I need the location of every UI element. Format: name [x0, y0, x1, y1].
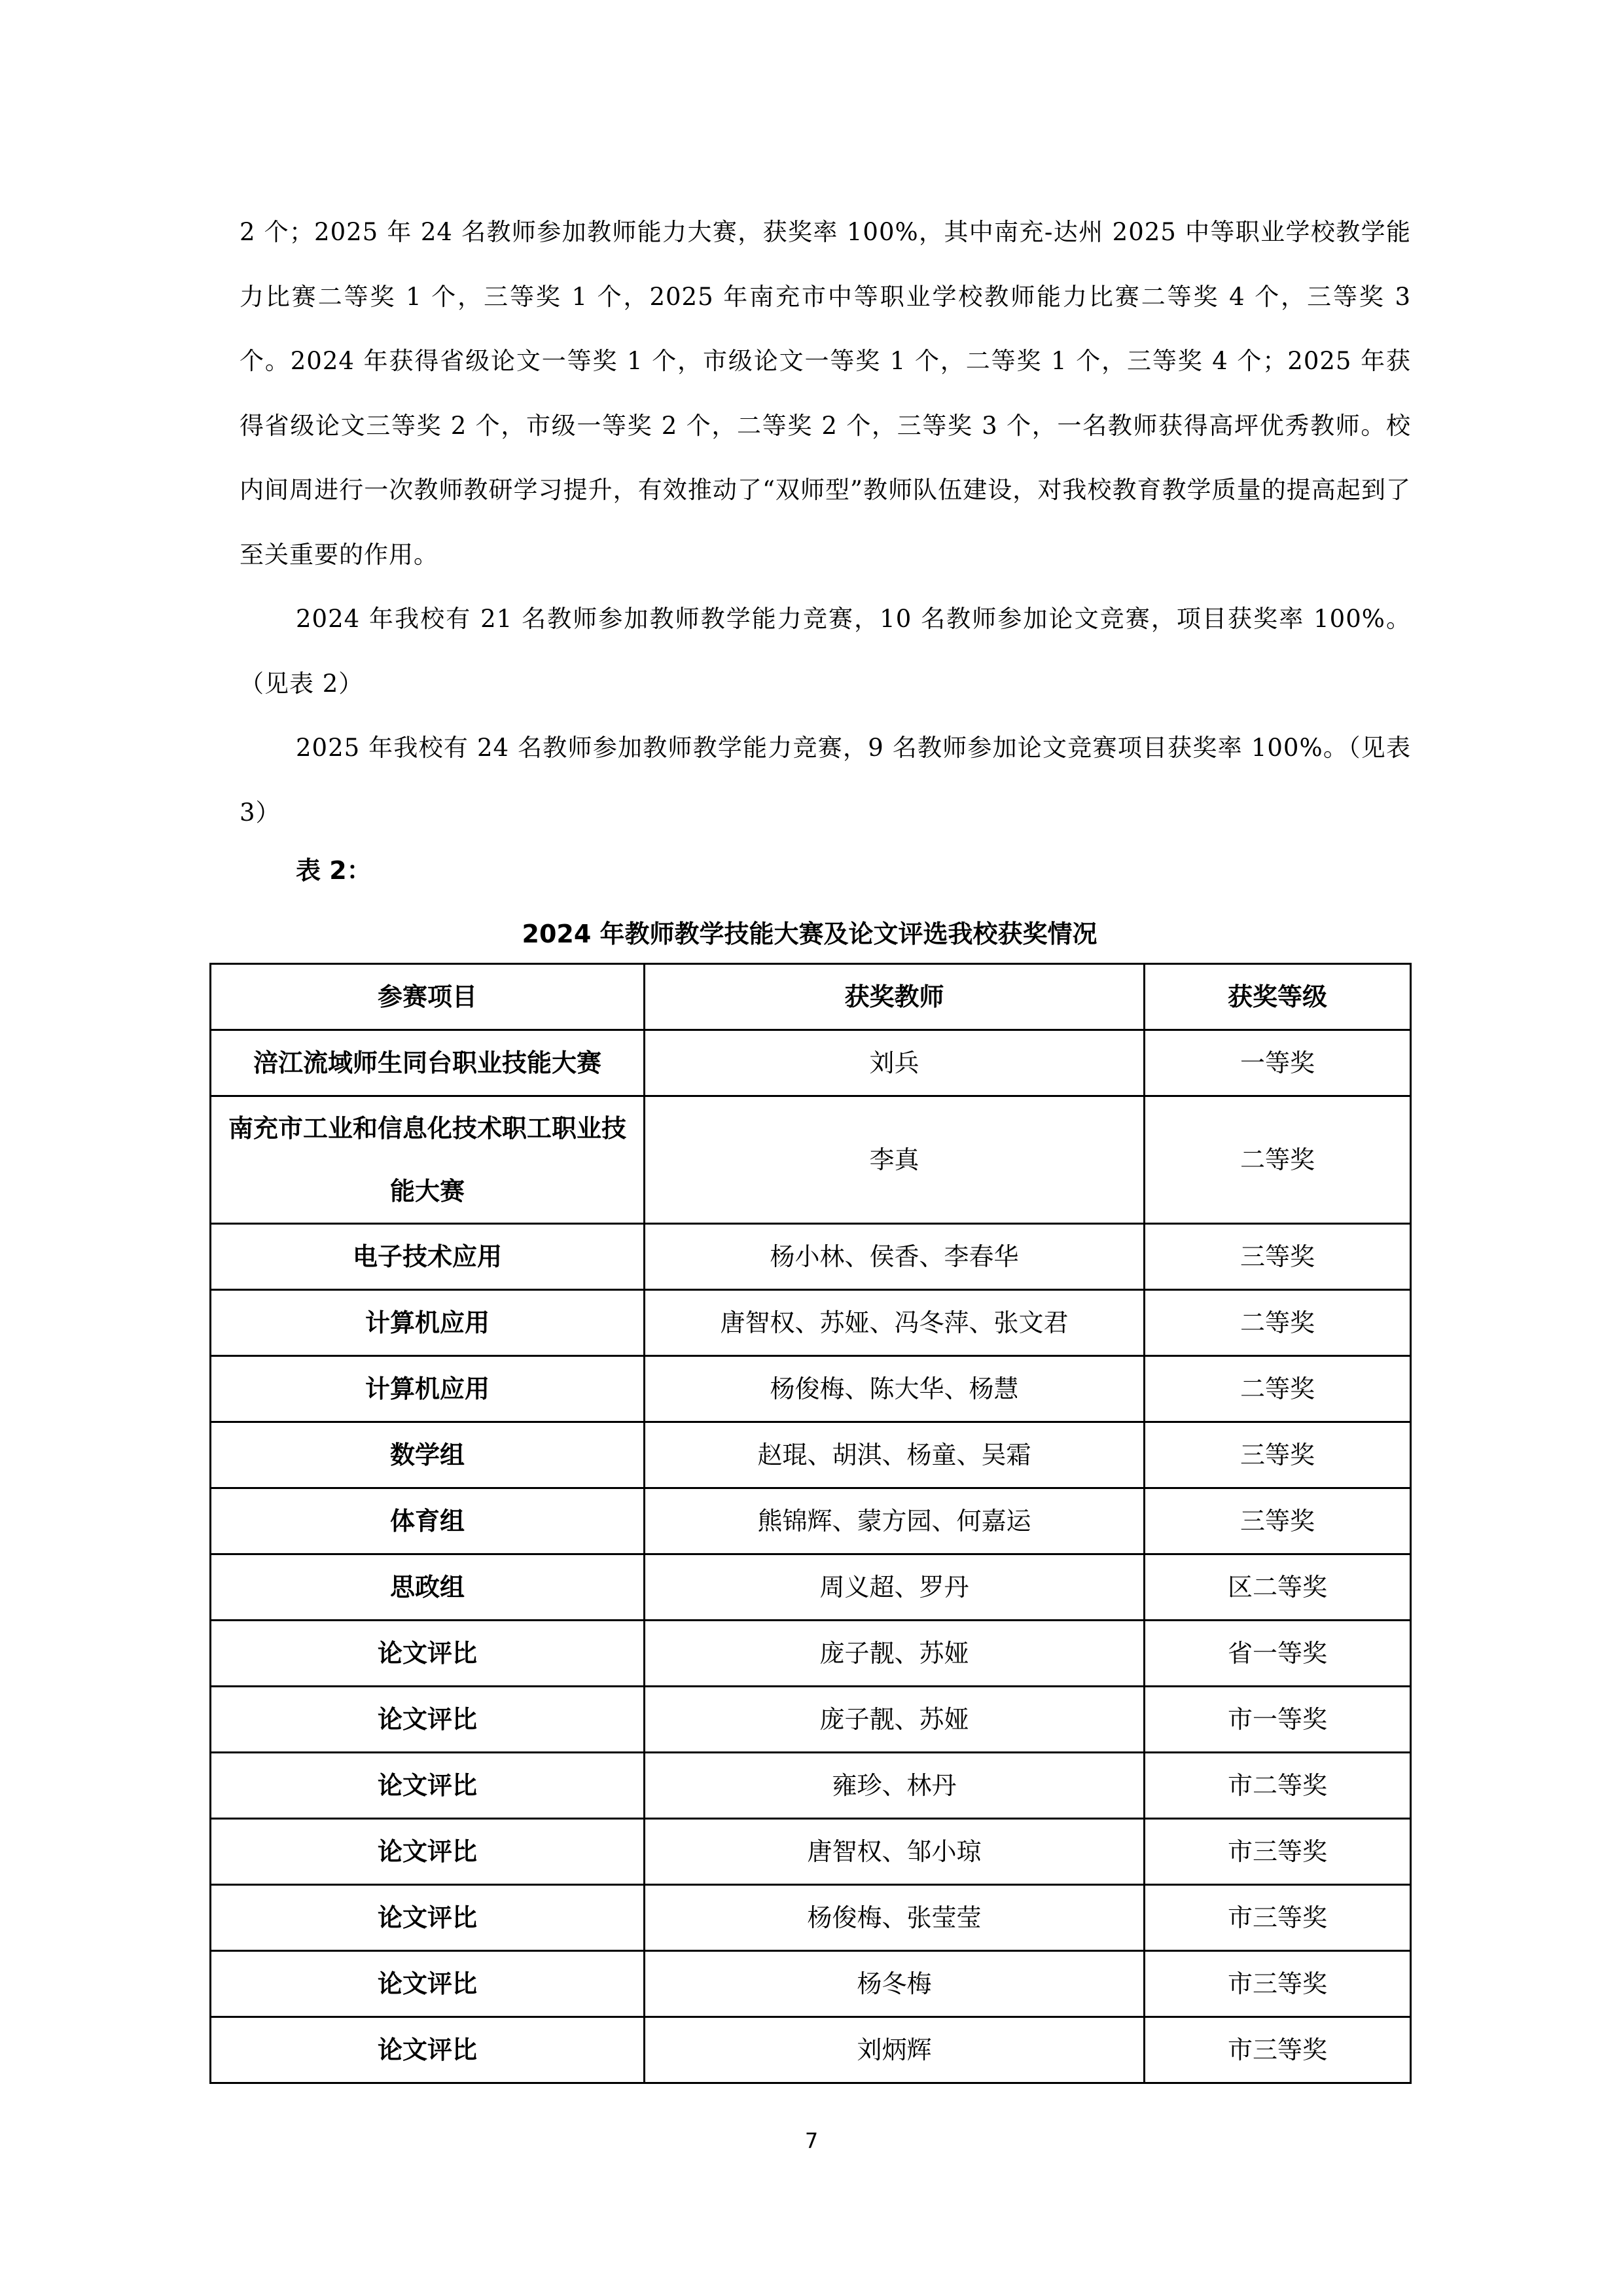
- cell-level: 三等奖: [1145, 1422, 1411, 1488]
- table-row: 南充市工业和信息化技术职工职业技能大赛 李真 二等奖: [211, 1096, 1411, 1224]
- cell-teachers: 杨俊梅、陈大华、杨慧: [645, 1356, 1145, 1422]
- awards-table: 参赛项目 获奖教师 获奖等级 涪江流域师生同台职业技能大赛 刘兵 一等奖 南充市…: [209, 963, 1412, 2084]
- cell-teachers: 熊锦辉、蒙方园、何嘉运: [645, 1488, 1145, 1554]
- cell-level: 市三等奖: [1145, 1819, 1411, 1885]
- cell-project: 论文评比: [211, 1819, 645, 1885]
- cell-project: 论文评比: [211, 1951, 645, 2017]
- cell-teachers: 李真: [645, 1096, 1145, 1224]
- cell-level: 区二等奖: [1145, 1554, 1411, 1621]
- cell-level: 二等奖: [1145, 1096, 1411, 1224]
- page-number: 7: [0, 2128, 1623, 2153]
- cell-level: 市三等奖: [1145, 2017, 1411, 2083]
- cell-teachers: 杨冬梅: [645, 1951, 1145, 2017]
- cell-level: 三等奖: [1145, 1224, 1411, 1290]
- paragraph: 2 个；2025 年 24 名教师参加教师能力大赛，获奖率 100%，其中南充-…: [240, 200, 1411, 587]
- cell-project: 涪江流域师生同台职业技能大赛: [211, 1030, 645, 1096]
- cell-project: 体育组: [211, 1488, 645, 1554]
- cell-project: 计算机应用: [211, 1290, 645, 1356]
- document-page: 2 个；2025 年 24 名教师参加教师能力大赛，获奖率 100%，其中南充-…: [0, 0, 1623, 2296]
- cell-project: 论文评比: [211, 1687, 645, 1753]
- cell-project: 电子技术应用: [211, 1224, 645, 1290]
- table-caption: 2024 年教师教学技能大赛及论文评选我校获奖情况: [209, 914, 1410, 954]
- table-row: 论文评比 杨冬梅 市三等奖: [211, 1951, 1411, 2017]
- cell-level: 三等奖: [1145, 1488, 1411, 1554]
- table-row: 论文评比 雍珍、林丹 市二等奖: [211, 1753, 1411, 1819]
- cell-level: 市二等奖: [1145, 1753, 1411, 1819]
- cell-project: 南充市工业和信息化技术职工职业技能大赛: [211, 1096, 645, 1224]
- table-row: 体育组 熊锦辉、蒙方园、何嘉运 三等奖: [211, 1488, 1411, 1554]
- cell-teachers: 周义超、罗丹: [645, 1554, 1145, 1621]
- header-level: 获奖等级: [1145, 964, 1411, 1030]
- cell-teachers: 唐智权、邹小琼: [645, 1819, 1145, 1885]
- paragraph: 2025 年我校有 24 名教师参加教师教学能力竞赛，9 名教师参加论文竞赛项目…: [240, 716, 1411, 845]
- header-project: 参赛项目: [211, 964, 645, 1030]
- cell-level: 二等奖: [1145, 1290, 1411, 1356]
- cell-project: 数学组: [211, 1422, 645, 1488]
- body-text: 2 个；2025 年 24 名教师参加教师能力大赛，获奖率 100%，其中南充-…: [240, 200, 1411, 845]
- table-row: 论文评比 刘炳辉 市三等奖: [211, 2017, 1411, 2083]
- table-row: 计算机应用 唐智权、苏娅、冯冬萍、张文君 二等奖: [211, 1290, 1411, 1356]
- cell-project: 论文评比: [211, 1753, 645, 1819]
- cell-level: 市一等奖: [1145, 1687, 1411, 1753]
- table-row: 数学组 赵琨、胡淇、杨童、吴霜 三等奖: [211, 1422, 1411, 1488]
- header-teachers: 获奖教师: [645, 964, 1145, 1030]
- table-row: 论文评比 杨俊梅、张莹莹 市三等奖: [211, 1885, 1411, 1951]
- cell-teachers: 杨小林、侯香、李春华: [645, 1224, 1145, 1290]
- cell-teachers: 刘兵: [645, 1030, 1145, 1096]
- cell-project: 计算机应用: [211, 1356, 645, 1422]
- cell-teachers: 刘炳辉: [645, 2017, 1145, 2083]
- table-header-row: 参赛项目 获奖教师 获奖等级: [211, 964, 1411, 1030]
- cell-project: 论文评比: [211, 1621, 645, 1687]
- cell-teachers: 唐智权、苏娅、冯冬萍、张文君: [645, 1290, 1145, 1356]
- table-row: 计算机应用 杨俊梅、陈大华、杨慧 二等奖: [211, 1356, 1411, 1422]
- table-row: 思政组 周义超、罗丹 区二等奖: [211, 1554, 1411, 1621]
- cell-teachers: 赵琨、胡淇、杨童、吴霜: [645, 1422, 1145, 1488]
- cell-level: 省一等奖: [1145, 1621, 1411, 1687]
- cell-teachers: 杨俊梅、张莹莹: [645, 1885, 1145, 1951]
- cell-level: 二等奖: [1145, 1356, 1411, 1422]
- cell-project: 论文评比: [211, 1885, 645, 1951]
- table-row: 论文评比 庞子靓、苏娅 市一等奖: [211, 1687, 1411, 1753]
- cell-level: 市三等奖: [1145, 1951, 1411, 2017]
- cell-project: 思政组: [211, 1554, 645, 1621]
- cell-teachers: 雍珍、林丹: [645, 1753, 1145, 1819]
- cell-teachers: 庞子靓、苏娅: [645, 1621, 1145, 1687]
- table-label: 表 2：: [296, 851, 372, 890]
- cell-level: 市三等奖: [1145, 1885, 1411, 1951]
- cell-teachers: 庞子靓、苏娅: [645, 1687, 1145, 1753]
- table-row: 电子技术应用 杨小林、侯香、李春华 三等奖: [211, 1224, 1411, 1290]
- cell-project: 论文评比: [211, 2017, 645, 2083]
- cell-level: 一等奖: [1145, 1030, 1411, 1096]
- paragraph: 2024 年我校有 21 名教师参加教师教学能力竞赛，10 名教师参加论文竞赛，…: [240, 587, 1411, 716]
- table-row: 涪江流域师生同台职业技能大赛 刘兵 一等奖: [211, 1030, 1411, 1096]
- table-row: 论文评比 庞子靓、苏娅 省一等奖: [211, 1621, 1411, 1687]
- table-row: 论文评比 唐智权、邹小琼 市三等奖: [211, 1819, 1411, 1885]
